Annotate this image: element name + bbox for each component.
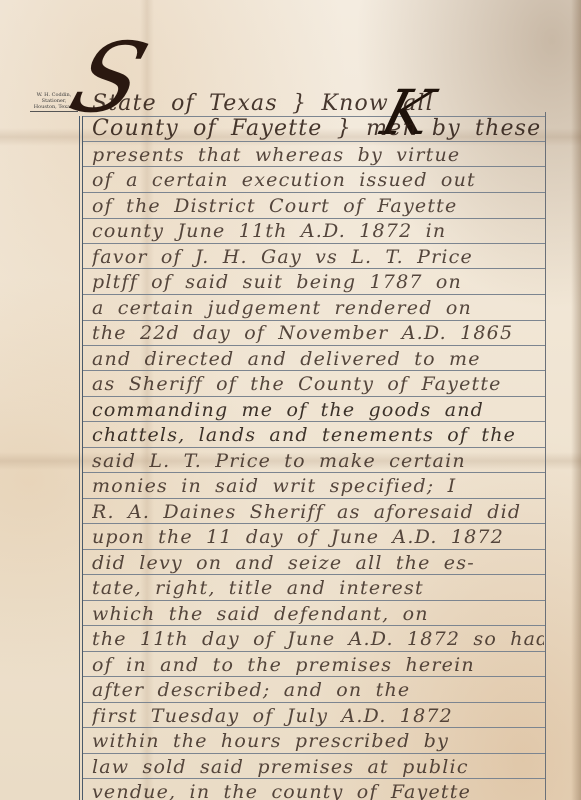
handwritten-line: of the District Court of Fayette: [92, 194, 544, 218]
ruled-line: [83, 651, 545, 652]
handwritten-line: first Tuesday of July A.D. 1872: [92, 704, 544, 728]
handwritten-line: after described; and on the: [92, 678, 544, 702]
handwritten-line: vendue, in the county of Fayette: [92, 780, 544, 800]
handwritten-line: a certain judgement rendered on: [92, 296, 544, 320]
handwritten-line: within the hours prescribed by: [92, 729, 544, 753]
ruled-line: [83, 243, 545, 244]
handwritten-line: presents that whereas by virtue: [92, 143, 544, 167]
handwritten-line: County of Fayette } men by these: [92, 117, 544, 141]
handwritten-line: favor of J. H. Gay vs L. T. Price: [92, 245, 544, 269]
handwritten-line: of a certain execution issued out: [92, 168, 544, 192]
handwritten-line: State of Texas } Know all: [92, 92, 544, 116]
handwritten-line: upon the 11 day of June A.D. 1872: [92, 525, 544, 549]
handwritten-line: said L. T. Price to make certain: [92, 449, 544, 473]
ruled-line: [83, 549, 545, 550]
handwritten-line: monies in said writ specified; I: [92, 474, 544, 498]
handwritten-line: county June 11th A.D. 1872 in: [92, 219, 544, 243]
handwritten-line: tate, right, title and interest: [92, 576, 544, 600]
handwritten-line: of in and to the premises herein: [92, 653, 544, 677]
handwritten-line: the 22d day of November A.D. 1865: [92, 321, 544, 345]
ruled-line: [83, 447, 545, 448]
paper-edge-shadow: [571, 0, 581, 800]
ruled-line: [83, 702, 545, 703]
handwritten-line: commanding me of the goods and: [92, 398, 544, 422]
handwritten-line: which the said defendant, on: [92, 602, 544, 626]
handwritten-line: as Sheriff of the County of Fayette: [92, 372, 544, 396]
ruled-line: [83, 294, 545, 295]
ruled-line: [83, 192, 545, 193]
right-margin-rule: [545, 112, 546, 800]
ruled-line: [83, 753, 545, 754]
left-margin-rule: [79, 116, 80, 800]
handwritten-line: did levy on and seize all the es-: [92, 551, 544, 575]
ruled-line: [83, 498, 545, 499]
handwritten-line: chattels, lands and tenements of the: [92, 423, 544, 447]
ruled-line: [83, 345, 545, 346]
ruled-line: [83, 600, 545, 601]
handwritten-line: law sold said premises at public: [92, 755, 544, 779]
handwritten-line: and directed and delivered to me: [92, 347, 544, 371]
handwritten-line: pltff of said suit being 1787 on: [92, 270, 544, 294]
ruled-line: [83, 396, 545, 397]
handwritten-line: R. A. Daines Sheriff as aforesaid did: [92, 500, 544, 524]
handwritten-line: the 11th day of June A.D. 1872 so had: [92, 627, 544, 651]
ruled-line: [83, 141, 545, 142]
document-page: W. H. Coddin, Stationer, Houston, Texas.…: [0, 0, 581, 800]
